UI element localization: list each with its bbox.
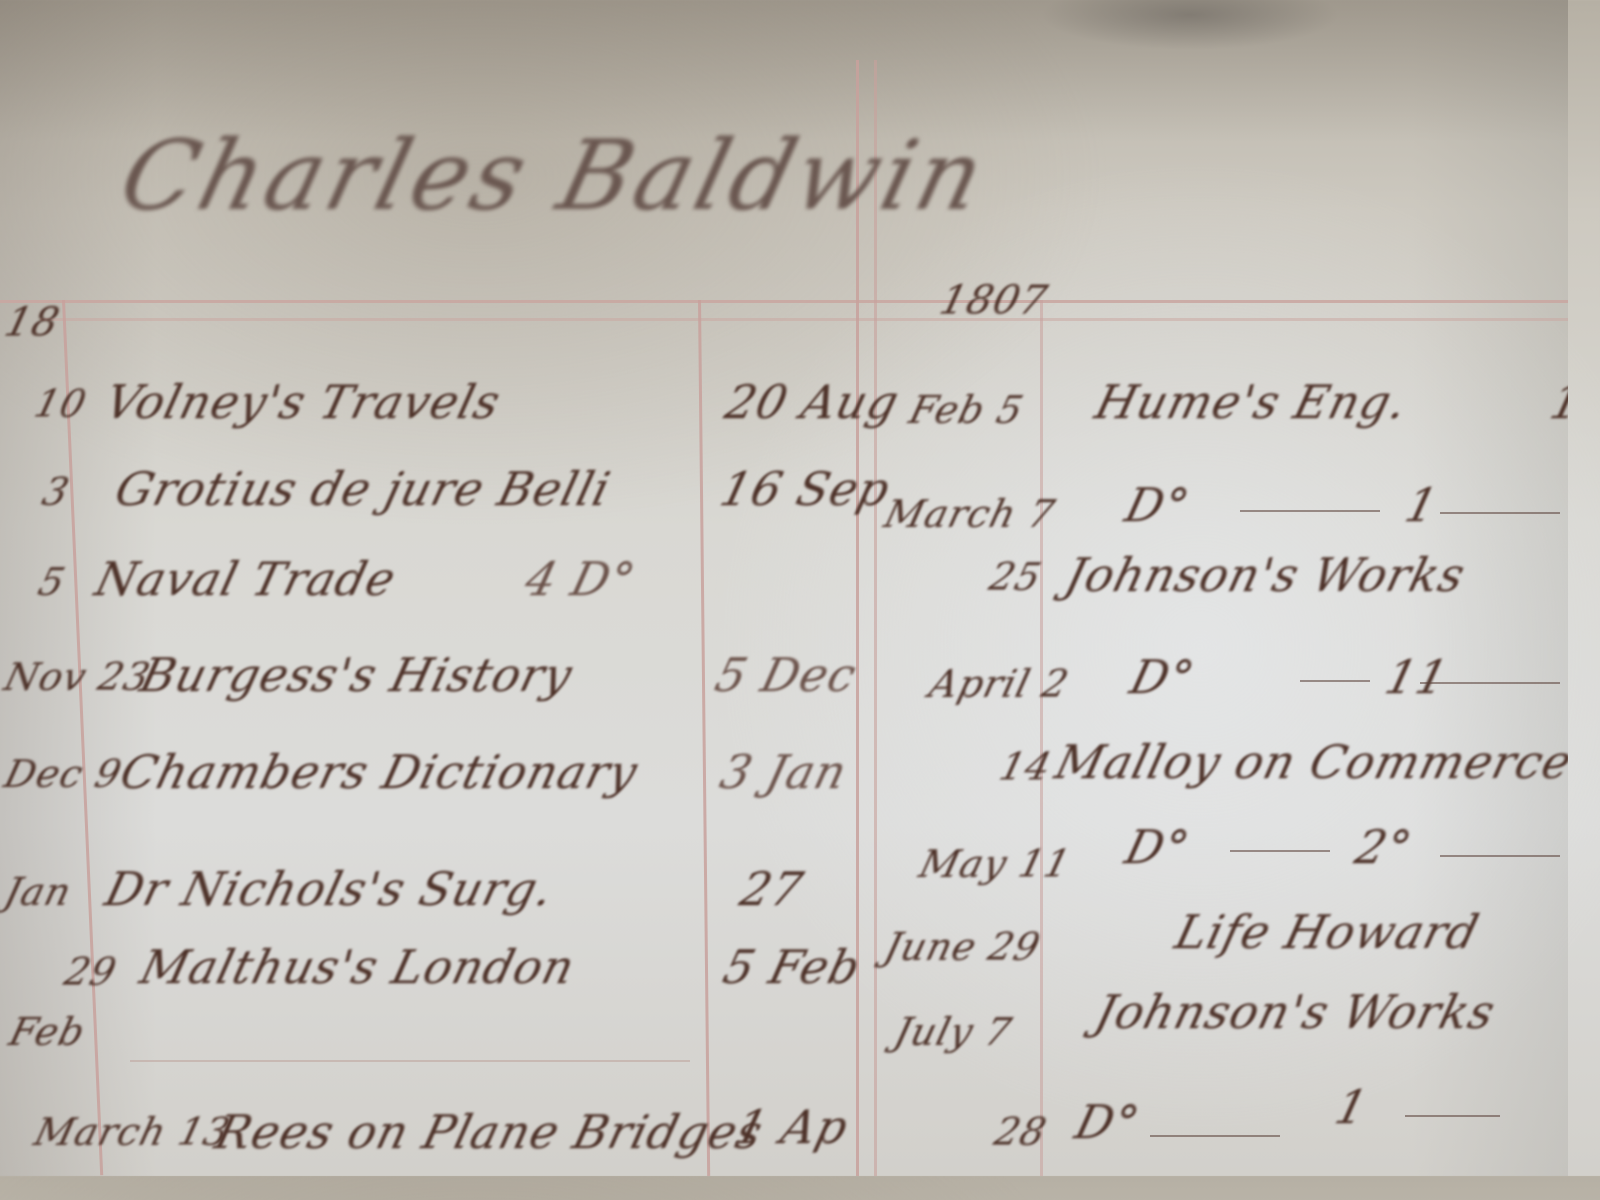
entry-date: Feb — [5, 1010, 90, 1054]
ink-dash — [1240, 510, 1380, 512]
ink-dash — [1405, 1115, 1500, 1117]
entry-date: 29 — [60, 950, 121, 994]
entry-title: Grotius de jure Belli — [110, 462, 616, 516]
ink-dash — [1150, 1135, 1280, 1137]
entry-note: 11 — [1380, 650, 1454, 704]
entry-date: 10 — [30, 382, 91, 426]
total-rule — [130, 1060, 690, 1062]
entry-date: Feb 5 — [905, 388, 1028, 432]
entry-note: 1 — [1545, 375, 1568, 429]
entry-note: 16 Sep — [715, 462, 896, 516]
ink-dash — [1420, 682, 1560, 684]
header-rule — [0, 300, 1568, 303]
ink-dash — [1440, 855, 1560, 857]
entry-date: June 29 — [880, 925, 1045, 969]
ledger-header-name: Charles Baldwin — [110, 120, 998, 232]
entry-note: 1 Ap — [730, 1100, 854, 1154]
right-date-margin-rule — [1040, 300, 1043, 1176]
entry-note: 4 D° — [520, 552, 641, 606]
entry-date: March 7 — [880, 492, 1060, 536]
entry-date: July 7 — [890, 1010, 1017, 1054]
entry-title: D° — [1070, 1095, 1145, 1149]
entry-title: Johnson's Works — [1060, 548, 1471, 602]
ink-dash — [1300, 680, 1370, 682]
entry-title: Chambers Dictionary — [115, 745, 643, 799]
left-amount-rule — [698, 300, 710, 1176]
entry-note: 1 — [1330, 1080, 1374, 1134]
header-rule-lower — [40, 318, 1568, 321]
entry-note: 27 — [735, 862, 809, 916]
ink-dash — [1230, 850, 1330, 852]
entry-date: April 2 — [925, 662, 1073, 706]
left-year: 18 — [0, 300, 64, 346]
entry-date: Nov 23 — [0, 655, 155, 699]
entry-date: March 13 — [30, 1110, 235, 1154]
entry-note: 3 Jan — [715, 745, 853, 799]
entry-date: May 11 — [915, 842, 1075, 886]
right-year: 1807 — [935, 278, 1052, 324]
entry-title: D° — [1125, 650, 1200, 704]
entry-title: Life Howard — [1170, 905, 1485, 959]
entry-title: Johnson's Works — [1090, 985, 1501, 1039]
entry-title: D° — [1120, 820, 1195, 874]
entry-title: Rees on Plane Bridges — [210, 1105, 769, 1159]
entry-note: 20 Aug — [720, 375, 905, 429]
entry-date: 5 — [34, 560, 70, 604]
entry-note: 1 — [1400, 478, 1444, 532]
entry-title: Burgess's History — [135, 648, 578, 702]
entry-note: 5 Dec — [710, 648, 862, 702]
entry-note: 5 Feb — [718, 940, 866, 994]
entry-title: Hume's Eng. — [1090, 375, 1413, 429]
ink-dash — [1440, 512, 1560, 514]
entry-title: Malthus's London — [135, 940, 581, 994]
entry-title: Volney's Travels — [100, 375, 506, 429]
entry-date: Jan — [0, 870, 76, 914]
entry-title: D° — [1120, 478, 1195, 532]
page-edge-shadow — [1040, 0, 1340, 50]
entry-title: Naval Trade — [90, 552, 402, 606]
entry-title: Dr Nichols's Surg. — [100, 862, 559, 916]
entry-note: 2° — [1350, 820, 1418, 874]
entry-date: 3 — [38, 470, 74, 514]
entry-date: 14 — [995, 745, 1056, 789]
entry-date: Dec 9 — [0, 752, 126, 796]
entry-title: Malloy on Commerce — [1050, 735, 1568, 789]
entry-date: 25 — [985, 555, 1046, 599]
